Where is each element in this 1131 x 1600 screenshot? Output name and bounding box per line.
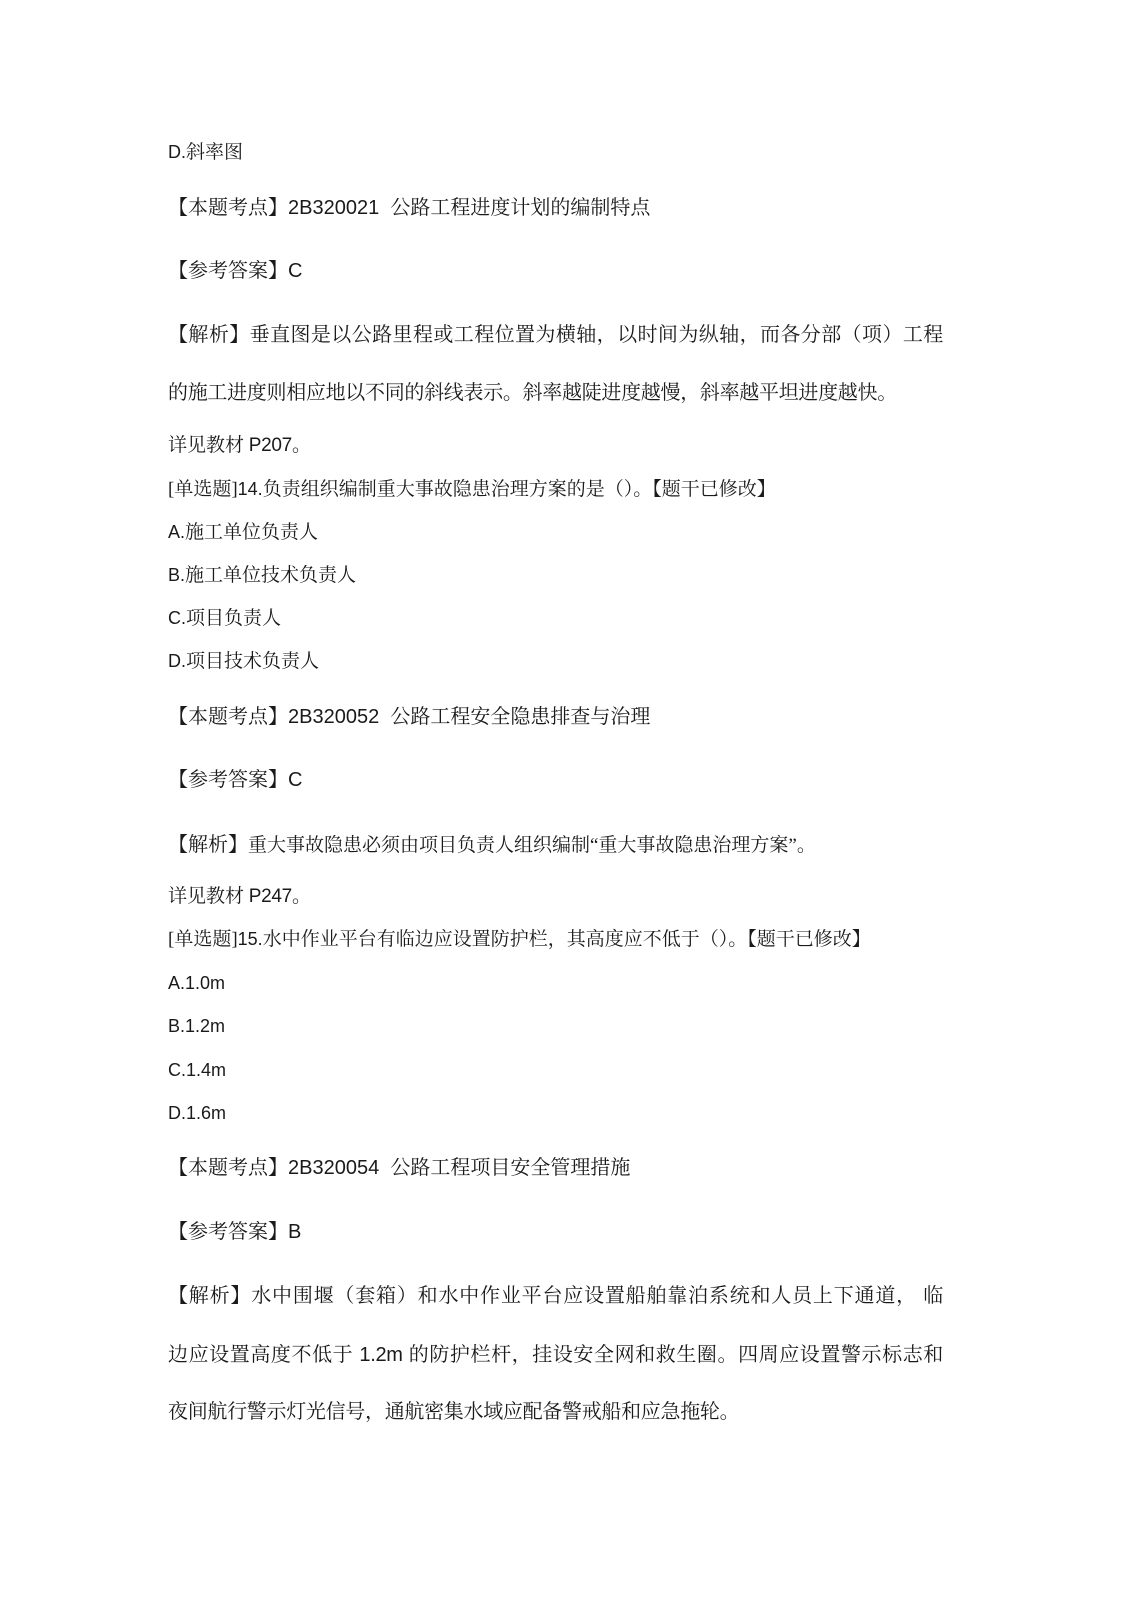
question-type: [单选题] [168,929,238,950]
option-b: B.1.2m [168,1017,225,1036]
question-text: 水中作业平台有临边应设置防护栏，其高度应不低于（）。 [263,929,748,950]
reference-answer: 【参考答案】C [168,261,302,281]
reference-answer: 【参考答案】B [168,1222,301,1242]
analysis-label: 【解析】 [168,1285,251,1307]
option-text: 1.2m [185,1016,225,1036]
knowledge-point-label: 【本题考点】 [168,197,288,219]
modified-tag: 【题干已修改】 [747,929,871,950]
knowledge-point: 【本题考点】2B320052 公路工程安全隐患排查与治理 [168,707,650,727]
option-d: D.项目技术负责人 [168,652,319,671]
option-a: A.施工单位负责人 [168,523,318,542]
analysis-text: 边应设置高度不低于 1.2m 的防护栏杆，挂设安全网和救生圈。四周应设置警示标志… [168,1344,943,1366]
analysis-text: 重大事故隐患必须由项目负责人组织编制“重大事故隐患治理方案”。 [248,835,816,856]
option-b: B.施工单位技术负责人 [168,566,356,585]
option-a: A.1.0m [168,974,225,993]
textbook-reference: 详见教材 P207。 [168,436,311,455]
option-key: D. [168,142,186,162]
question-stem-15: [单选题]15.水中作业平台有临边应设置防护栏，其高度应不低于（）。【题干已修改… [168,930,871,949]
option-key: C. [168,608,186,628]
reference-answer: 【参考答案】C [168,770,302,790]
option-c: C.项目负责人 [168,609,281,628]
knowledge-point-code: 2B320054 [288,1157,379,1179]
option-d: D.斜率图 [168,143,243,162]
analysis-label: 【解析】 [168,324,250,346]
option-key: D. [168,651,186,671]
knowledge-point-label: 【本题考点】 [168,1157,288,1179]
answer-value: C [288,769,302,791]
reference-suffix: 。 [292,886,311,907]
option-text: 施工单位技术负责人 [185,565,356,586]
option-text: 1.4m [186,1060,226,1080]
analysis-line-2: 的施工进度则相应地以不同的斜线表示。斜率越陡进度越慢，斜率越平坦进度越快。 [168,383,897,403]
analysis-line-1: 【解析】垂直图是以公路里程或工程位置为横轴，以时间为纵轴，而各分部（项）工程 [168,325,943,345]
option-key: C. [168,1060,186,1080]
knowledge-point: 【本题考点】2B320054 公路工程项目安全管理措施 [168,1158,630,1178]
reference-suffix: 。 [292,435,311,456]
answer-value: B [288,1221,301,1243]
question-text: 负责组织编制重大事故隐患治理方案的是（）。 [263,479,653,500]
option-text: 1.6m [186,1103,226,1123]
analysis-text: 的施工进度则相应地以不同的斜线表示。斜率越陡进度越慢，斜率越平坦进度越快。 [168,382,897,404]
option-key: B. [168,1016,185,1036]
textbook-reference: 详见教材 P247。 [168,887,311,906]
option-d: D.1.6m [168,1104,226,1123]
analysis-text: 水中围堰（套箱）和水中作业平台应设置船舶靠泊系统和人员上下通道， 临 [251,1285,943,1307]
reference-page: P207 [249,435,292,456]
answer-label: 【参考答案】 [168,1221,288,1243]
reference-page: P247 [249,886,292,907]
option-text: 项目技术负责人 [186,651,319,672]
question-type: [单选题] [168,479,238,500]
analysis-line-2: 边应设置高度不低于 1.2m 的防护栏杆，挂设安全网和救生圈。四周应设置警示标志… [168,1345,943,1365]
knowledge-point-code: 2B320021 [288,197,379,219]
answer-label: 【参考答案】 [168,260,288,282]
knowledge-point-label: 【本题考点】 [168,706,288,728]
knowledge-point-text: 公路工程项目安全管理措施 [390,1157,630,1179]
analysis-line-1: 【解析】重大事故隐患必须由项目负责人组织编制“重大事故隐患治理方案”。 [168,835,816,855]
knowledge-point-text: 公路工程进度计划的编制特点 [390,197,650,219]
answer-value: C [288,260,302,282]
question-stem-14: [单选题]14.负责组织编制重大事故隐患治理方案的是（）。【题干已修改】 [168,480,776,499]
answer-label: 【参考答案】 [168,769,288,791]
analysis-line-3: 夜间航行警示灯光信号，通航密集水域应配备警戒船和应急拖轮。 [168,1402,739,1422]
analysis-line-1: 【解析】水中围堰（套箱）和水中作业平台应设置船舶靠泊系统和人员上下通道， 临 [168,1286,943,1306]
option-key: D. [168,1103,186,1123]
option-text: 1.0m [185,973,225,993]
option-text: 施工单位负责人 [185,522,318,543]
question-number: 15. [238,929,263,949]
knowledge-point-text: 公路工程安全隐患排查与治理 [390,706,650,728]
modified-tag: 【题干已修改】 [652,479,776,500]
reference-prefix: 详见教材 [168,435,249,456]
knowledge-point-code: 2B320052 [288,706,379,728]
analysis-label: 【解析】 [168,834,248,856]
option-key: A. [168,522,185,542]
option-key: B. [168,565,185,585]
option-key: A. [168,973,185,993]
analysis-text: 垂直图是以公路里程或工程位置为横轴，以时间为纵轴，而各分部（项）工程 [250,324,943,346]
knowledge-point: 【本题考点】2B320021 公路工程进度计划的编制特点 [168,198,650,218]
question-number: 14. [238,479,263,499]
option-text: 斜率图 [186,142,243,163]
option-c: C.1.4m [168,1061,226,1080]
option-text: 项目负责人 [186,608,281,629]
reference-prefix: 详见教材 [168,886,249,907]
analysis-text: 夜间航行警示灯光信号，通航密集水域应配备警戒船和应急拖轮。 [168,1401,739,1423]
